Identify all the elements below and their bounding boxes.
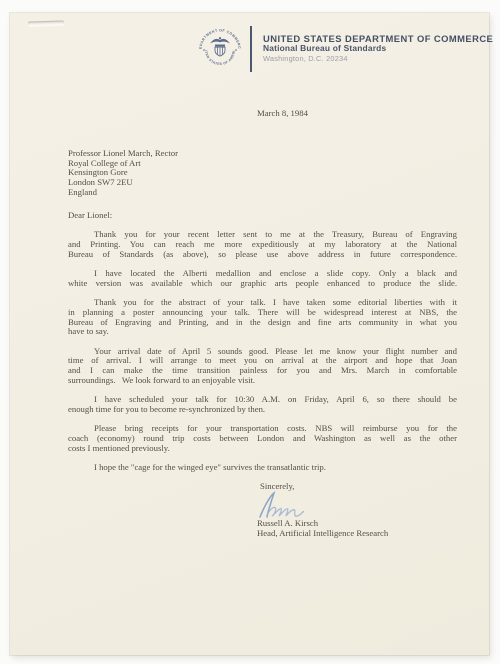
- recipient-address: Professor Lionel March, Rector Royal Col…: [68, 149, 178, 198]
- paragraph: Thank you for your recent letter sent to…: [68, 230, 457, 259]
- letter-date: March 8, 1984: [257, 109, 308, 119]
- letter-line: costs I mentioned previously.: [68, 444, 457, 454]
- paragraph: Please bring receipts for your transport…: [68, 424, 457, 453]
- salutation: Dear Lionel:: [68, 211, 457, 221]
- letter-line: have to say.: [68, 327, 457, 337]
- paragraph: I hope the "cage for the winged eye" sur…: [68, 463, 457, 473]
- commerce-seal-icon: DEPARTMENT OF COMMERCE UNITED STATES OF …: [197, 27, 243, 73]
- paragraph: I have located the Alberti medallion and…: [68, 269, 457, 288]
- signer-title: Head, Artificial Intelligence Research: [257, 529, 388, 539]
- letter-line: I hope the "cage for the winged eye" sur…: [68, 463, 457, 473]
- letter-line: Bureau of Engraving and Printing, and in…: [68, 318, 457, 328]
- paragraph: Your arrival date of April 5 sounds good…: [68, 347, 457, 386]
- paragraph: Thank you for the abstract of your talk.…: [68, 298, 457, 337]
- scanned-letter-page: DEPARTMENT OF COMMERCE UNITED STATES OF …: [0, 0, 500, 664]
- paragraph: I have scheduled your talk for 10:30 A.M…: [68, 395, 457, 414]
- handwritten-signature: [253, 491, 337, 519]
- letterhead-text: UNITED STATES DEPARTMENT OF COMMERCE Nat…: [263, 34, 493, 63]
- agency-location: Washington, D.C. 20234: [263, 54, 493, 63]
- letterhead-divider: [250, 26, 252, 72]
- letter-paper: DEPARTMENT OF COMMERCE UNITED STATES OF …: [10, 13, 489, 655]
- staple-mark: [28, 20, 64, 25]
- eagle-shield-icon: [210, 37, 230, 56]
- letter-line: Bureau of Standards (as above), so pleas…: [68, 250, 457, 260]
- bureau-name: National Bureau of Standards: [263, 44, 493, 54]
- letter-line: enough time for you to become re-synchro…: [68, 405, 457, 415]
- letter-body: Dear Lionel: Thank you for your recent l…: [68, 211, 457, 473]
- recipient-line: England: [68, 188, 178, 198]
- letter-line: surroundings. We look forward to an enjo…: [68, 376, 457, 386]
- letter-line: white version was available which our gr…: [68, 279, 457, 289]
